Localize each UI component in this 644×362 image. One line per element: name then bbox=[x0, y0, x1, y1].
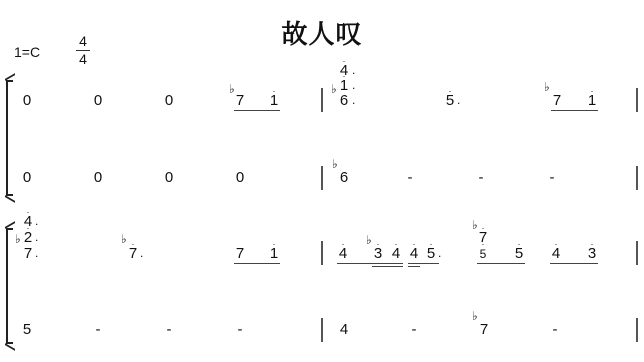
augmentation-dot-icon: . bbox=[35, 214, 38, 228]
note: 7 bbox=[236, 93, 244, 109]
chord-note-bottom: 7 bbox=[24, 246, 32, 262]
note: 0 bbox=[94, 170, 102, 186]
octave-dot-icon: · bbox=[482, 240, 485, 248]
octave-dot-icon: · bbox=[27, 224, 30, 232]
octave-dot-icon: · bbox=[591, 240, 594, 248]
system-brace-1 bbox=[6, 80, 13, 196]
flat-icon: ♭ bbox=[544, 80, 550, 94]
note-high: ·3 bbox=[374, 246, 382, 262]
octave-dot-icon: · bbox=[482, 224, 485, 232]
note-high: ·4 bbox=[552, 246, 560, 262]
flat-icon: ♭ bbox=[472, 309, 478, 323]
octave-dot-icon: · bbox=[449, 87, 452, 95]
note-high: ·3 bbox=[588, 246, 596, 262]
augmentation-dot-icon: . bbox=[140, 246, 143, 260]
eighth-beam bbox=[234, 263, 280, 264]
note: 7 bbox=[553, 93, 561, 109]
eighth-beam bbox=[408, 263, 439, 264]
bar-line bbox=[321, 241, 323, 265]
eighth-beam bbox=[477, 263, 525, 264]
note-high: ·4 bbox=[410, 246, 418, 262]
note-high: ·4 bbox=[392, 246, 400, 262]
system-brace-2 bbox=[6, 228, 13, 344]
bar-line bbox=[636, 166, 638, 190]
note: 0 bbox=[23, 93, 31, 109]
bar-line bbox=[636, 88, 638, 112]
time-signature-bottom: 4 bbox=[76, 51, 90, 68]
bar-line bbox=[321, 166, 323, 190]
flat-icon: ♭ bbox=[332, 157, 338, 171]
octave-dot-icon: · bbox=[273, 87, 276, 95]
flat-icon: ♭ bbox=[229, 82, 235, 96]
note: 0 bbox=[165, 93, 173, 109]
score-title: 故人叹 bbox=[0, 14, 644, 51]
note: 7 bbox=[480, 322, 488, 338]
dash: - bbox=[550, 170, 555, 186]
note-high: ·5 bbox=[480, 246, 487, 262]
augmentation-dot-icon: . bbox=[352, 78, 355, 92]
flat-icon: ♭ bbox=[331, 82, 337, 96]
octave-dot-icon: · bbox=[132, 240, 135, 248]
bar-line bbox=[321, 318, 323, 342]
octave-dot-icon: · bbox=[430, 240, 433, 248]
dash: - bbox=[238, 322, 243, 338]
octave-dot-icon: · bbox=[343, 72, 346, 80]
note-high: ·1 bbox=[588, 93, 596, 109]
dash: - bbox=[408, 170, 413, 186]
eighth-beam bbox=[550, 263, 598, 264]
eighth-beam bbox=[234, 110, 280, 111]
time-signature: 4 4 bbox=[76, 33, 90, 68]
note-high: ·4 bbox=[339, 246, 347, 262]
augmentation-dot-icon: . bbox=[352, 63, 355, 77]
augmentation-dot-icon: . bbox=[35, 230, 38, 244]
note: 6 bbox=[340, 170, 348, 186]
chord-note-middle: ·2 bbox=[24, 230, 32, 246]
key-signature: 1=C bbox=[14, 44, 40, 60]
note: 0 bbox=[165, 170, 173, 186]
flat-icon: ♭ bbox=[121, 232, 127, 246]
augmentation-dot-icon: . bbox=[352, 93, 355, 107]
chord-note-bottom: 6 bbox=[340, 93, 348, 109]
sixteenth-beam bbox=[372, 266, 403, 267]
octave-dot-icon: · bbox=[27, 208, 30, 216]
octave-dot-icon: · bbox=[518, 240, 521, 248]
note: 5 bbox=[23, 322, 31, 338]
note-high: ·5 bbox=[427, 246, 435, 262]
octave-dot-icon: · bbox=[591, 87, 594, 95]
bar-line bbox=[636, 318, 638, 342]
note-high: ·1 bbox=[270, 246, 278, 262]
augmentation-dot-icon: . bbox=[35, 246, 38, 260]
note-high: ·5 bbox=[515, 246, 523, 262]
octave-dot-icon: · bbox=[377, 240, 380, 248]
octave-dot-icon: · bbox=[343, 57, 346, 65]
note: 4 bbox=[340, 322, 348, 338]
octave-dot-icon: · bbox=[273, 240, 276, 248]
dash: - bbox=[479, 170, 484, 186]
bar-line bbox=[321, 88, 323, 112]
note: 0 bbox=[94, 93, 102, 109]
note: 0 bbox=[236, 170, 244, 186]
eighth-beam bbox=[551, 110, 598, 111]
note-high: ·5 bbox=[446, 93, 454, 109]
octave-dot-icon: · bbox=[413, 240, 416, 248]
dash: - bbox=[412, 322, 417, 338]
flat-icon: ♭ bbox=[472, 218, 478, 232]
dash: - bbox=[553, 322, 558, 338]
note-high: ·7 bbox=[129, 246, 137, 262]
bar-line bbox=[636, 241, 638, 265]
octave-dot-icon: · bbox=[555, 240, 558, 248]
flat-icon: ♭ bbox=[15, 232, 21, 246]
note-high: ·1 bbox=[270, 93, 278, 109]
note: 0 bbox=[23, 170, 31, 186]
augmentation-dot-icon: . bbox=[457, 93, 460, 107]
time-signature-top: 4 bbox=[76, 33, 90, 50]
note: 7 bbox=[236, 246, 244, 262]
flat-icon: ♭ bbox=[366, 233, 372, 247]
eighth-beam bbox=[337, 263, 403, 264]
octave-dot-icon: · bbox=[342, 240, 345, 248]
sixteenth-beam bbox=[408, 266, 420, 267]
dash: - bbox=[96, 322, 101, 338]
dash: - bbox=[167, 322, 172, 338]
octave-dot-icon: · bbox=[395, 240, 398, 248]
augmentation-dot-icon: . bbox=[438, 246, 441, 260]
